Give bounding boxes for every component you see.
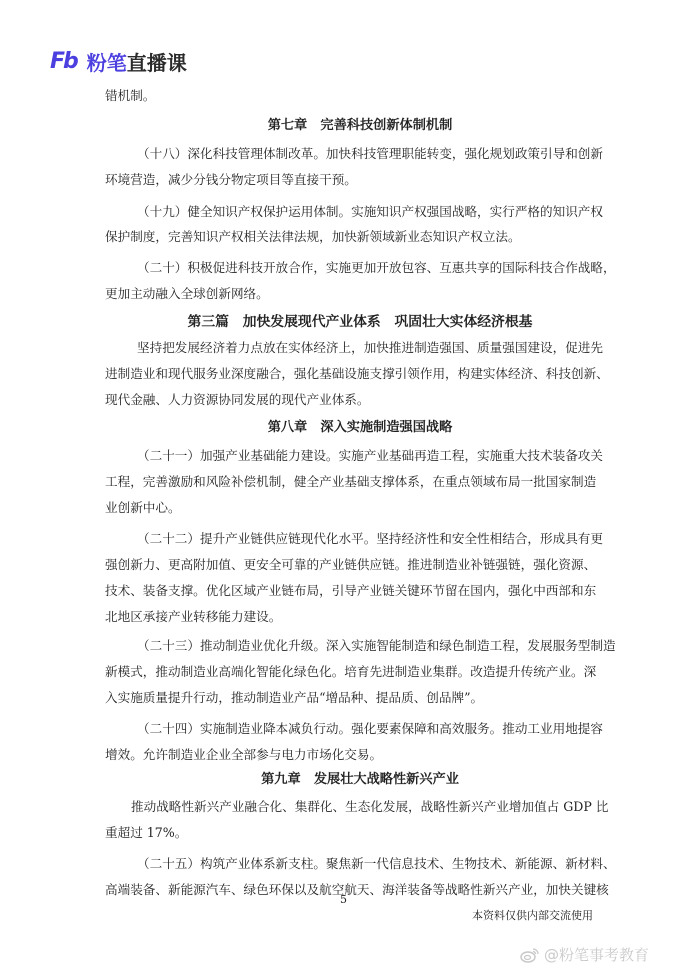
chapter-heading: 第八章 深入实施制造强国战略 xyxy=(105,420,615,436)
body-line: 工程，完善激励和风险补偿机制，健全产业基础支撑体系，在重点领域布局一批国家制造 xyxy=(105,474,596,490)
body-line: 更加主动融入全球创新网络。 xyxy=(105,286,269,302)
weibo-icon xyxy=(520,947,540,963)
fb-logo-icon: Fb xyxy=(50,49,77,74)
footer-note: 本资料仅供内部交流使用 xyxy=(472,907,593,923)
body-line: 技术、装备支撑。优化区域产业链布局，引导产业链关键环节留在国内，强化中西部和东 xyxy=(105,583,596,599)
paragraph-line: （二十五）构筑产业体系新支柱。聚焦新一代信息技术、生物技术、新能源、新材料、 xyxy=(137,856,616,872)
paragraph-line: （二十三）推动制造业优化升级。深入实施智能制造和绿色制造工程，发展服务型制造 xyxy=(137,638,616,654)
body-line: 入实施质量提升行动，推动制造业产品“增品种、提品质、创品牌”。 xyxy=(105,690,483,706)
body-line: 进制造业和现代服务业深度融合，强化基础设施支撑引领作用，构建实体经济、科技创新、 xyxy=(105,366,609,382)
paragraph-line: （十九）健全知识产权保护运用体制。实施知识产权强国战略，实行严格的知识产权 xyxy=(137,204,603,220)
brand-logo: Fb 粉笔 直播课 xyxy=(50,48,187,74)
body-line: 增效。允许制造业企业全部参与电力市场化交易。 xyxy=(105,747,382,763)
body-line: 业创新中心。 xyxy=(105,500,181,516)
body-line: 新模式，推动制造业高端化智能化绿色化。培育先进制造业集群。改造提升传统产业。深 xyxy=(105,664,596,680)
chapter-heading: 第九章 发展壮大战略性新兴产业 xyxy=(105,772,615,788)
body-line: 错机制。 xyxy=(105,88,155,104)
paragraph-line: （二十一）加强产业基础能力建设。实施产业基础再造工程，实施重大技术装备攻关 xyxy=(137,448,603,464)
watermark-text: @粉笔事考教育 xyxy=(544,944,649,965)
chapter-heading: 第七章 完善科技创新体制机制 xyxy=(105,118,615,134)
body-line: 重超过 17%。 xyxy=(105,825,187,841)
page-number: 5 xyxy=(340,893,347,906)
brand-subtitle: 直播课 xyxy=(127,47,187,76)
paragraph-line: 坚持把发展经济着力点放在实体经济上，加快推进制造强国、质量强国建设，促进先 xyxy=(137,340,603,356)
watermark: @粉笔事考教育 xyxy=(520,944,649,965)
part-heading: 第三篇 加快发展现代产业体系 巩固壮大实体经济根基 xyxy=(105,314,615,330)
body-line: 现代金融、人力资源协同发展的现代产业体系。 xyxy=(105,392,369,408)
brand-name: 粉笔 xyxy=(87,47,127,76)
body-line: 保护制度，完善知识产权相关法律法规，加快新领域新业态知识产权立法。 xyxy=(105,229,521,245)
body-line: 高端装备、新能源汽车、绿色环保以及航空航天、海洋装备等战略性新兴产业，加快关键核 xyxy=(105,882,609,898)
body-line: 强创新力、更高附加值、更安全可靠的产业链供应链。推进制造业补链强链，强化资源、 xyxy=(105,557,596,573)
paragraph-line: （二十）积极促进科技开放合作，实施更加开放包容、互惠共享的国际科技合作战略， xyxy=(137,260,616,276)
body-line: 环境营造，减少分钱分物定项目等直接干预。 xyxy=(105,172,357,188)
paragraph-line: 推动战略性新兴产业融合化、集群化、生态化发展，战略性新兴产业增加值占 GDP 比 xyxy=(131,799,608,815)
paragraph-line: （二十四）实施制造业降本减负行动。强化要素保障和高效服务。推动工业用地提容 xyxy=(137,721,603,737)
body-line: 北地区承接产业转移能力建设。 xyxy=(105,609,281,625)
paragraph-line: （十八）深化科技管理体制改革。加快科技管理职能转变，强化规划政策引导和创新 xyxy=(137,146,603,162)
paragraph-line: （二十二）提升产业链供应链现代化水平。坚持经济性和安全性相结合，形成具有更 xyxy=(137,531,603,547)
